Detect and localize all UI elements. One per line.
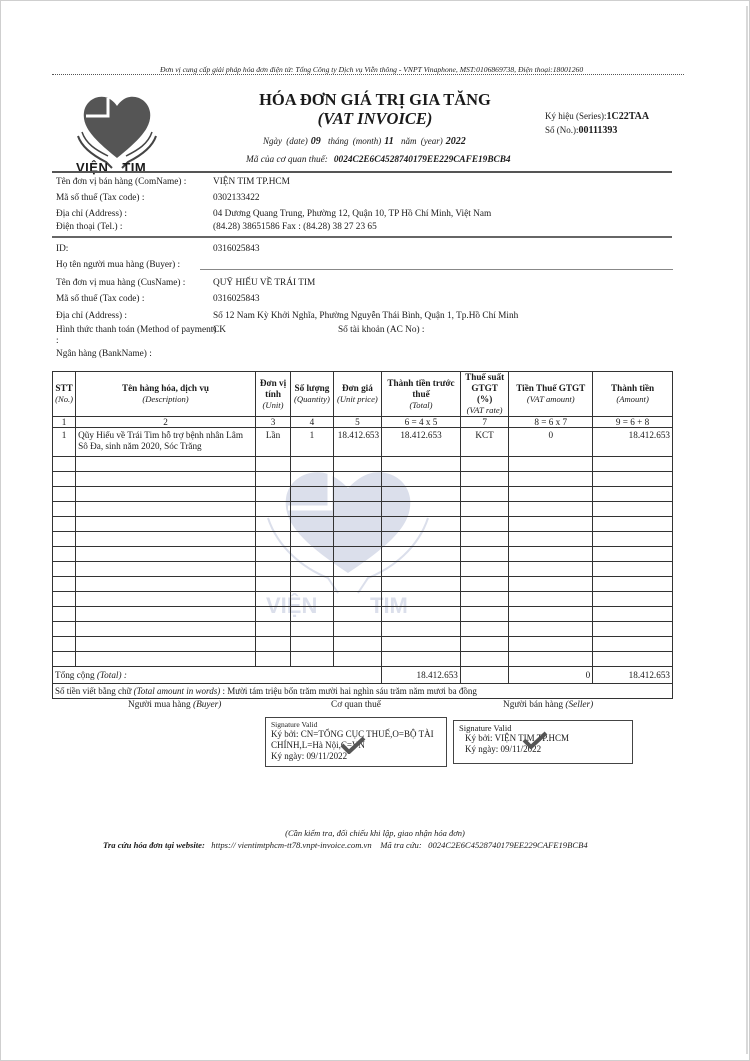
table-row-empty bbox=[53, 622, 673, 637]
table-row-empty bbox=[53, 592, 673, 607]
empty-cell bbox=[76, 592, 256, 607]
item-vat-amount: 0 bbox=[509, 428, 593, 457]
buyer-signature-label: Người mua hàng (Buyer) bbox=[128, 700, 221, 710]
empty-cell bbox=[53, 532, 76, 547]
invoice-title: HÓA ĐƠN GIÁ TRỊ GIA TĂNG bbox=[0, 90, 750, 110]
invoice-series: Ký hiệu (Series):1C22TAA bbox=[545, 111, 649, 122]
item-quantity: 1 bbox=[291, 428, 333, 457]
empty-cell bbox=[509, 637, 593, 652]
empty-cell bbox=[382, 622, 461, 637]
empty-cell bbox=[382, 547, 461, 562]
empty-cell bbox=[593, 532, 673, 547]
seller-tel-row: Điện thoại (Tel.) :(84.28) 38651586 Fax … bbox=[56, 222, 122, 232]
item-unit: Lần bbox=[255, 428, 290, 457]
empty-cell bbox=[291, 502, 333, 517]
seller-tax-row: Mã số thuế (Tax code) :0302133422 bbox=[56, 193, 144, 203]
payment-colon: : bbox=[56, 336, 59, 346]
col-header-total: Thành tiền trước thuế(Total) bbox=[382, 372, 461, 417]
empty-cell bbox=[76, 652, 256, 667]
empty-cell bbox=[53, 487, 76, 502]
empty-cell bbox=[460, 457, 508, 472]
table-row-empty bbox=[53, 457, 673, 472]
table-row-empty bbox=[53, 637, 673, 652]
empty-cell bbox=[291, 652, 333, 667]
item-total: 18.412.653 bbox=[382, 428, 461, 457]
empty-cell bbox=[460, 577, 508, 592]
col-header-vat-amount: Tiền Thuế GTGT(VAT amount) bbox=[509, 372, 593, 417]
empty-cell bbox=[382, 607, 461, 622]
empty-cell bbox=[53, 547, 76, 562]
empty-cell bbox=[593, 472, 673, 487]
empty-cell bbox=[53, 652, 76, 667]
empty-cell bbox=[333, 472, 381, 487]
empty-cell bbox=[460, 487, 508, 502]
items-table: STT(No.) Tên hàng hóa, dịch vụ(Descripti… bbox=[52, 371, 673, 699]
empty-cell bbox=[593, 652, 673, 667]
total-vat-rate-empty bbox=[460, 667, 508, 684]
buyer-bank-row: Ngân hàng (BankName) : bbox=[56, 349, 152, 359]
empty-cell bbox=[76, 487, 256, 502]
empty-cell bbox=[53, 592, 76, 607]
empty-cell bbox=[291, 457, 333, 472]
empty-cell bbox=[255, 622, 290, 637]
empty-cell bbox=[593, 517, 673, 532]
empty-cell bbox=[76, 607, 256, 622]
empty-cell bbox=[382, 577, 461, 592]
checkmark-icon bbox=[340, 736, 366, 754]
empty-cell bbox=[333, 547, 381, 562]
empty-cell bbox=[382, 637, 461, 652]
empty-cell bbox=[460, 472, 508, 487]
empty-cell bbox=[460, 607, 508, 622]
empty-cell bbox=[333, 592, 381, 607]
amount-in-words-row: Số tiền viết bằng chữ (Total amount in w… bbox=[53, 684, 673, 699]
scrollbar[interactable] bbox=[746, 6, 748, 1054]
table-row-empty bbox=[53, 562, 673, 577]
empty-cell bbox=[593, 502, 673, 517]
table-row-empty bbox=[53, 532, 673, 547]
empty-cell bbox=[291, 532, 333, 547]
buyer-id-row: ID:0316025843 bbox=[56, 244, 68, 254]
empty-cell bbox=[382, 517, 461, 532]
empty-cell bbox=[53, 517, 76, 532]
tax-signature-label: Cơ quan thuế bbox=[331, 700, 381, 710]
empty-cell bbox=[255, 637, 290, 652]
total-row: Tổng cộng (Total) : 18.412.653 0 18.412.… bbox=[53, 667, 673, 684]
empty-cell bbox=[509, 517, 593, 532]
empty-cell bbox=[255, 592, 290, 607]
empty-cell bbox=[53, 607, 76, 622]
empty-cell bbox=[509, 487, 593, 502]
formula-cell: 6 = 4 x 5 bbox=[382, 417, 461, 428]
empty-cell bbox=[76, 457, 256, 472]
empty-cell bbox=[76, 622, 256, 637]
empty-cell bbox=[53, 622, 76, 637]
empty-cell bbox=[593, 592, 673, 607]
empty-cell bbox=[291, 577, 333, 592]
total-vat: 0 bbox=[509, 667, 593, 684]
table-row: 1 Qũy Hiếu về Trái Tim hỗ trợ bệnh nhân … bbox=[53, 428, 673, 457]
empty-cell bbox=[593, 487, 673, 502]
col-header-quantity: Số lượng(Quantity) bbox=[291, 372, 333, 417]
buyer-payment-row: Hình thức thanh toán (Method of payment)… bbox=[56, 325, 216, 335]
empty-cell bbox=[291, 607, 333, 622]
table-row-empty bbox=[53, 487, 673, 502]
invoice-number: Số (No.):00111393 bbox=[545, 125, 617, 136]
empty-cell bbox=[509, 562, 593, 577]
empty-cell bbox=[382, 502, 461, 517]
total-before-tax: 18.412.653 bbox=[382, 667, 461, 684]
empty-cell bbox=[593, 457, 673, 472]
invoice-date: Ngày (date)09 tháng (month)11 năm (year)… bbox=[263, 136, 469, 147]
formula-cell: 3 bbox=[255, 417, 290, 428]
lookup-code: 0024C2E6C4528740179EE229CAFE19BCB4 bbox=[428, 840, 587, 850]
empty-cell bbox=[382, 487, 461, 502]
seller-divider bbox=[52, 236, 672, 238]
empty-cell bbox=[382, 592, 461, 607]
item-description: Qũy Hiếu về Trái Tim hỗ trợ bệnh nhân Lâ… bbox=[76, 428, 256, 457]
empty-cell bbox=[382, 562, 461, 577]
empty-cell bbox=[509, 592, 593, 607]
empty-cell bbox=[76, 502, 256, 517]
empty-cell bbox=[291, 547, 333, 562]
item-vat-rate: KCT bbox=[460, 428, 508, 457]
empty-cell bbox=[460, 517, 508, 532]
empty-cell bbox=[53, 472, 76, 487]
empty-cell bbox=[333, 457, 381, 472]
footer-note: (Cần kiểm tra, đối chiếu khi lập, giao n… bbox=[0, 828, 750, 838]
signature-status: Signature Valid bbox=[271, 720, 441, 729]
buyer-name-line bbox=[200, 269, 673, 270]
empty-cell bbox=[53, 502, 76, 517]
empty-cell bbox=[291, 622, 333, 637]
empty-cell bbox=[291, 637, 333, 652]
amount-in-words: Số tiền viết bằng chữ (Total amount in w… bbox=[53, 684, 673, 699]
col-header-amount: Thành tiền(Amount) bbox=[593, 372, 673, 417]
tax-authority-code: Mã của cơ quan thuế:0024C2E6C4528740179E… bbox=[246, 155, 511, 165]
empty-cell bbox=[255, 472, 290, 487]
table-row-empty bbox=[53, 472, 673, 487]
provider-line: Đơn vị cung cấp giải pháp hóa đơn điện t… bbox=[160, 65, 583, 74]
empty-cell bbox=[460, 547, 508, 562]
col-header-unit-price: Đơn giá(Unit price) bbox=[333, 372, 381, 417]
empty-cell bbox=[460, 592, 508, 607]
empty-cell bbox=[53, 562, 76, 577]
empty-cell bbox=[291, 487, 333, 502]
empty-cell bbox=[593, 637, 673, 652]
total-label: Tổng cộng (Total) : bbox=[53, 667, 382, 684]
empty-cell bbox=[53, 637, 76, 652]
buyer-account-label: Số tài khoản (AC No) : bbox=[338, 325, 425, 335]
empty-cell bbox=[593, 607, 673, 622]
empty-cell bbox=[509, 577, 593, 592]
empty-cell bbox=[333, 487, 381, 502]
empty-cell bbox=[593, 577, 673, 592]
empty-cell bbox=[255, 502, 290, 517]
table-row-empty bbox=[53, 577, 673, 592]
empty-cell bbox=[460, 532, 508, 547]
empty-cell bbox=[382, 457, 461, 472]
item-no: 1 bbox=[53, 428, 76, 457]
empty-cell bbox=[333, 532, 381, 547]
total-amount: 18.412.653 bbox=[593, 667, 673, 684]
formula-cell: 5 bbox=[333, 417, 381, 428]
buyer-name-row: Họ tên người mua hàng (Buyer) : bbox=[56, 260, 180, 270]
col-header-no: STT(No.) bbox=[53, 372, 76, 417]
empty-cell bbox=[509, 502, 593, 517]
col-header-description: Tên hàng hóa, dịch vụ(Description) bbox=[76, 372, 256, 417]
empty-cell bbox=[509, 532, 593, 547]
empty-cell bbox=[291, 472, 333, 487]
empty-cell bbox=[255, 487, 290, 502]
header-divider bbox=[52, 171, 672, 173]
empty-cell bbox=[333, 637, 381, 652]
col-header-unit: Đơn vị tính(Unit) bbox=[255, 372, 290, 417]
dotted-divider bbox=[52, 74, 684, 75]
empty-cell bbox=[333, 607, 381, 622]
buyer-cusname-row: Tên đơn vị mua hàng (CusName) :QUỸ HIẾU … bbox=[56, 278, 185, 288]
empty-cell bbox=[76, 517, 256, 532]
empty-cell bbox=[333, 502, 381, 517]
empty-cell bbox=[333, 577, 381, 592]
empty-cell bbox=[593, 547, 673, 562]
col-header-vat-rate: Thuế suất GTGT (%)(VAT rate) bbox=[460, 372, 508, 417]
empty-cell bbox=[255, 577, 290, 592]
seller-name-row: Tên đơn vị bán hàng (ComName) :VIỆN TIM … bbox=[56, 177, 186, 187]
table-header-row: STT(No.) Tên hàng hóa, dịch vụ(Descripti… bbox=[53, 372, 673, 417]
formula-cell: 2 bbox=[76, 417, 256, 428]
formula-cell: 7 bbox=[460, 417, 508, 428]
empty-cell bbox=[255, 517, 290, 532]
seller-signature-box[interactable]: Signature Valid Ký bởi: VIỆN TIM TP.HCM … bbox=[453, 720, 633, 764]
empty-cell bbox=[76, 562, 256, 577]
item-amount: 18.412.653 bbox=[593, 428, 673, 457]
empty-cell bbox=[291, 592, 333, 607]
table-row-empty bbox=[53, 502, 673, 517]
formula-cell: 9 = 6 + 8 bbox=[593, 417, 673, 428]
empty-cell bbox=[460, 637, 508, 652]
empty-cell bbox=[460, 502, 508, 517]
empty-cell bbox=[76, 637, 256, 652]
table-row-empty bbox=[53, 517, 673, 532]
empty-cell bbox=[593, 622, 673, 637]
item-unit-price: 18.412.653 bbox=[333, 428, 381, 457]
buyer-address-row: Địa chỉ (Address) :Số 12 Nam Kỳ Khởi Ngh… bbox=[56, 311, 127, 321]
empty-cell bbox=[509, 457, 593, 472]
empty-cell bbox=[255, 652, 290, 667]
empty-cell bbox=[291, 562, 333, 577]
formula-row: 1 2 3 4 5 6 = 4 x 5 7 8 = 6 x 7 9 = 6 + … bbox=[53, 417, 673, 428]
tax-signature-box[interactable]: Signature Valid Ký bởi: CN=TỔNG CỤC THUẾ… bbox=[265, 717, 447, 767]
empty-cell bbox=[255, 547, 290, 562]
seller-address-row: Địa chỉ (Address) :04 Dương Quang Trung,… bbox=[56, 209, 127, 219]
empty-cell bbox=[460, 652, 508, 667]
empty-cell bbox=[382, 532, 461, 547]
seller-signature-label: Người bán hàng (Seller) bbox=[503, 700, 593, 710]
empty-cell bbox=[76, 577, 256, 592]
formula-cell: 1 bbox=[53, 417, 76, 428]
empty-cell bbox=[333, 517, 381, 532]
empty-cell bbox=[509, 547, 593, 562]
empty-cell bbox=[291, 517, 333, 532]
empty-cell bbox=[53, 457, 76, 472]
empty-cell bbox=[593, 562, 673, 577]
empty-cell bbox=[382, 472, 461, 487]
empty-cell bbox=[509, 622, 593, 637]
lookup-link[interactable]: https:// vientimtphcm-tt78.vnpt-invoice.… bbox=[211, 840, 371, 850]
buyer-tax-row: Mã số thuế (Tax code) :0316025843 bbox=[56, 294, 144, 304]
empty-cell bbox=[76, 547, 256, 562]
empty-cell bbox=[76, 532, 256, 547]
formula-cell: 8 = 6 x 7 bbox=[509, 417, 593, 428]
empty-cell bbox=[333, 562, 381, 577]
empty-cell bbox=[255, 457, 290, 472]
empty-cell bbox=[333, 622, 381, 637]
checkmark-icon bbox=[522, 731, 548, 749]
empty-cell bbox=[255, 607, 290, 622]
empty-cell bbox=[509, 472, 593, 487]
empty-cell bbox=[509, 607, 593, 622]
empty-cell bbox=[76, 472, 256, 487]
empty-cell bbox=[255, 532, 290, 547]
table-row-empty bbox=[53, 607, 673, 622]
empty-cell bbox=[460, 562, 508, 577]
empty-cell bbox=[509, 652, 593, 667]
empty-cell bbox=[255, 562, 290, 577]
table-row-empty bbox=[53, 547, 673, 562]
table-row-empty bbox=[53, 652, 673, 667]
footer-lookup: Tra cứu hóa đơn tại website: https:// vi… bbox=[103, 840, 588, 850]
empty-cell bbox=[382, 652, 461, 667]
empty-cell bbox=[53, 577, 76, 592]
empty-cell bbox=[460, 622, 508, 637]
empty-cell bbox=[333, 652, 381, 667]
formula-cell: 4 bbox=[291, 417, 333, 428]
